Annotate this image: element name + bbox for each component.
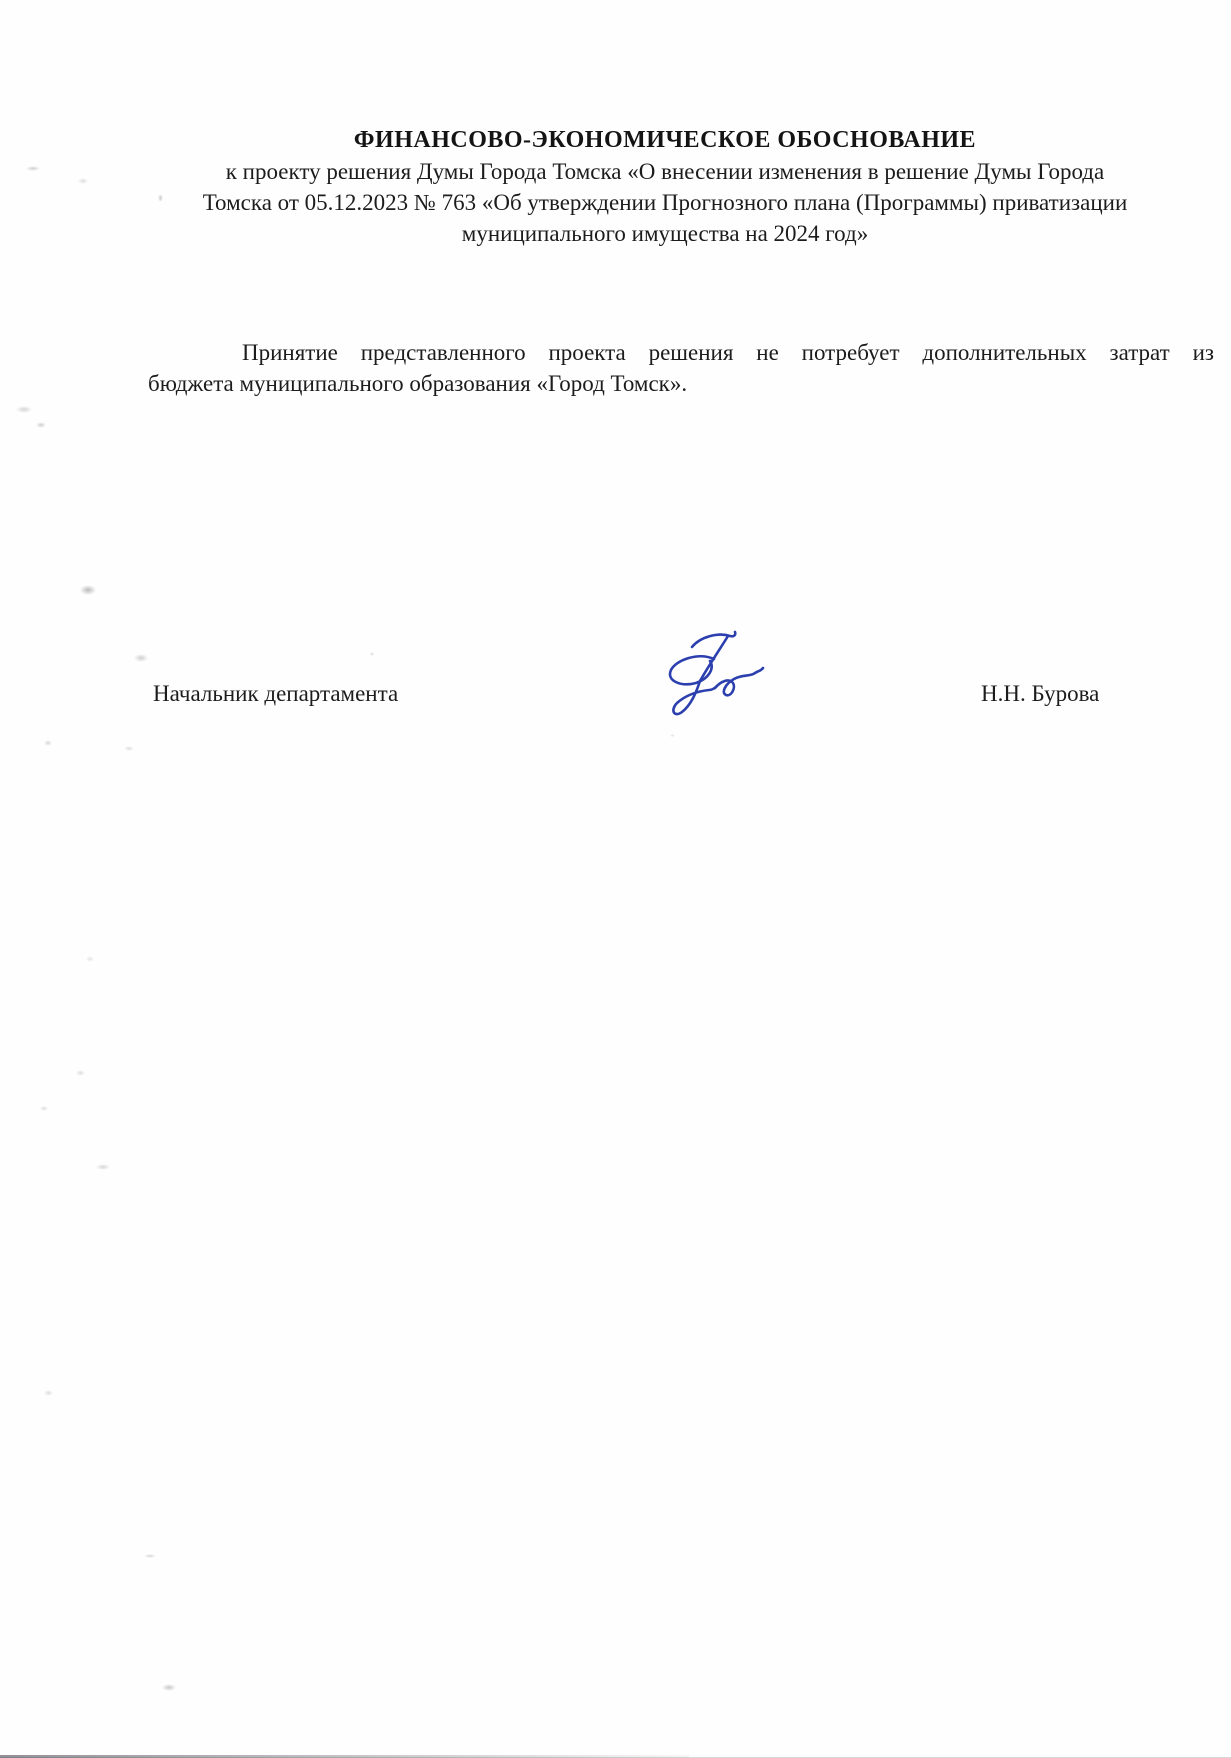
scan-artifact [80, 585, 96, 595]
scan-artifact [76, 1070, 85, 1076]
scan-artifact [370, 652, 374, 656]
body-paragraph-line-1: Принятие представленного проекта решения… [148, 337, 1214, 368]
scan-artifact [670, 734, 675, 737]
body-paragraph-line-2: бюджета муниципального образования «Горо… [148, 368, 1214, 399]
scan-artifact [40, 1106, 48, 1111]
scan-artifact [86, 956, 94, 962]
scan-artifact [78, 178, 88, 184]
scan-artifact [16, 406, 32, 413]
document-subtitle-line-3: муниципального имущества на 2024 год» [150, 218, 1180, 249]
scanned-document-page: ФИНАНСОВО-ЭКОНОМИЧЕСКОЕ ОБОСНОВАНИЕ к пр… [0, 0, 1231, 1758]
document-title: ФИНАНСОВО-ЭКОНОМИЧЕСКОЕ ОБОСНОВАНИЕ [150, 124, 1180, 156]
scan-artifact [124, 746, 134, 751]
scan-artifact [144, 1554, 156, 1558]
scan-artifact [162, 1684, 176, 1691]
scan-artifact [134, 654, 148, 662]
scan-artifact [26, 166, 40, 171]
signer-name: Н.Н. Бурова [981, 681, 1099, 707]
document-heading: ФИНАНСОВО-ЭКОНОМИЧЕСКОЕ ОБОСНОВАНИЕ к пр… [150, 124, 1180, 249]
handwritten-signature-icon [648, 623, 780, 729]
scan-artifact [44, 1390, 53, 1396]
scan-artifact [36, 422, 46, 428]
document-subtitle-line-2: Томска от 05.12.2023 № 763 «Об утвержден… [150, 187, 1180, 218]
signature-position-label: Начальник департамента [153, 681, 398, 707]
scan-artifact [96, 1164, 110, 1170]
scan-artifact [44, 740, 52, 746]
document-subtitle-line-1: к проекту решения Думы Города Томска «О … [150, 156, 1180, 187]
body-paragraph: Принятие представленного проекта решения… [148, 337, 1214, 399]
